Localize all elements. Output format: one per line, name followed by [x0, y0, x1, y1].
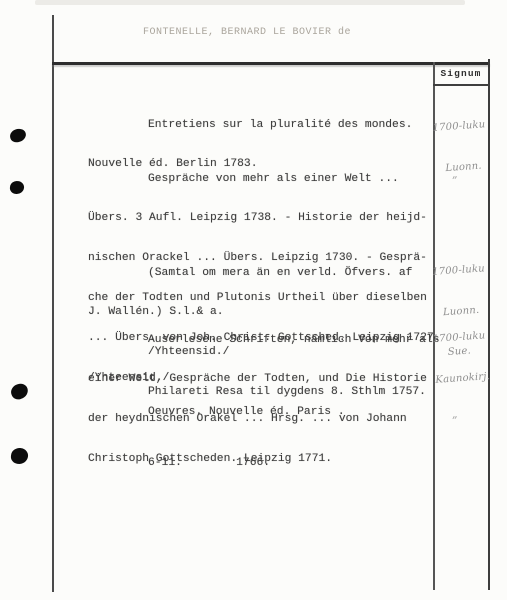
entry-line: Gespräche von mehr als einer Welt ... — [148, 173, 441, 186]
signum-line: 1700-luku — [432, 118, 486, 135]
scan-artifact — [35, 0, 465, 5]
entry-line: Oeuvres. Nouvelle éd. Paris . — [148, 406, 345, 419]
entry-line: 6-11. 1766. — [148, 457, 345, 470]
signum-column-header: Signum — [433, 62, 489, 84]
ditto-mark: ” — [452, 173, 468, 188]
catalog-card-scan: FONTENELLE, BERNARD LE BOVIER de Signum … — [0, 0, 507, 600]
punch-hole-3 — [9, 382, 30, 402]
card-header-author: FONTENELLE, BERNARD LE BOVIER de — [143, 27, 351, 38]
top-horizontal-rule — [52, 62, 490, 65]
entry-line: Entretiens sur la pluralité des mondes. — [148, 119, 412, 132]
signum-header-underline — [433, 84, 490, 86]
punch-hole-4 — [10, 447, 29, 465]
punch-hole-1 — [9, 127, 27, 143]
entry-line: Auserlesene Schriften, nämlich Von mehr … — [148, 334, 440, 347]
left-margin-rule — [52, 15, 54, 592]
entry-line: Übers. 3 Aufl. Leipzig 1738. - Historie … — [88, 212, 441, 225]
entry-line: (Samtal om mera än en verld. Öfvers. af — [148, 267, 426, 280]
punch-hole-2 — [9, 180, 25, 195]
ditto-mark: ” — [452, 413, 468, 428]
signum-line: 1700-luku — [432, 262, 486, 279]
signum-line: Kaunokirj. — [435, 370, 490, 387]
signum-line: 1700-luku — [432, 329, 487, 346]
catalog-entry-5: Oeuvres. Nouvelle éd. Paris . 6-11. 1766… — [88, 379, 345, 497]
